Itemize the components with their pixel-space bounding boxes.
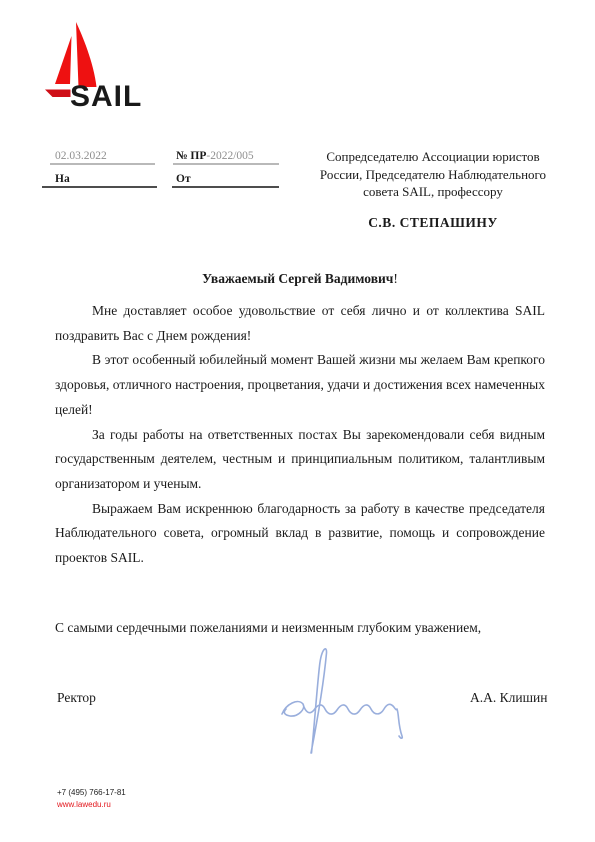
- outgoing-underline: [172, 186, 279, 188]
- closing-line: С самыми сердечными пожеланиями и неизме…: [55, 620, 555, 636]
- salutation: Уважаемый Сергей Вадимович!: [55, 271, 545, 287]
- signer-name: А.А. Клишин: [470, 690, 547, 706]
- recipient-line: Сопредседателю Ассоциации юристов: [288, 148, 578, 166]
- incoming-label: На: [55, 173, 70, 185]
- number-underline: [173, 163, 279, 165]
- doc-number: № ПР-2022/005: [176, 150, 254, 162]
- recipient-line: совета SAIL, профессору: [288, 183, 578, 201]
- footer-contacts: +7 (495) 766-17-81 www.lawedu.ru: [57, 787, 126, 811]
- logo-wordmark: SAIL: [70, 82, 142, 112]
- recipient-line: России, Председателю Наблюдательного: [288, 166, 578, 184]
- sail-logo: SAIL: [45, 22, 150, 114]
- salutation-punct: !: [393, 271, 398, 286]
- letter-body: Мне доставляет особое удовольствие от се…: [55, 299, 545, 571]
- paragraph: Выражаем Вам искреннюю благодарность за …: [55, 497, 545, 571]
- paragraph: В этот особенный юбилейный момент Вашей …: [55, 348, 545, 422]
- handwritten-signature-icon: [270, 640, 430, 760]
- paragraph: За годы работы на ответственных постах В…: [55, 423, 545, 497]
- date-value: 02.03.2022: [55, 150, 107, 162]
- doc-number-value: -2022/005: [206, 150, 253, 162]
- recipient-block: Сопредседателю Ассоциации юристов России…: [288, 148, 578, 231]
- doc-number-label: № ПР: [176, 150, 206, 162]
- letter-page: SAIL 02.03.2022 № ПР-2022/005 На От Сопр…: [0, 0, 595, 842]
- outgoing-label: От: [176, 173, 191, 185]
- salutation-text: Уважаемый Сергей Вадимович: [202, 271, 393, 286]
- recipient-name: С.В. СТЕПАШИНУ: [288, 214, 578, 232]
- website-link[interactable]: www.lawedu.ru: [57, 799, 126, 811]
- paragraph: Мне доставляет особое удовольствие от се…: [55, 299, 545, 348]
- signer-role: Ректор: [57, 690, 96, 706]
- incoming-underline: [42, 186, 157, 188]
- phone-number: +7 (495) 766-17-81: [57, 787, 126, 799]
- date-underline: [50, 163, 155, 165]
